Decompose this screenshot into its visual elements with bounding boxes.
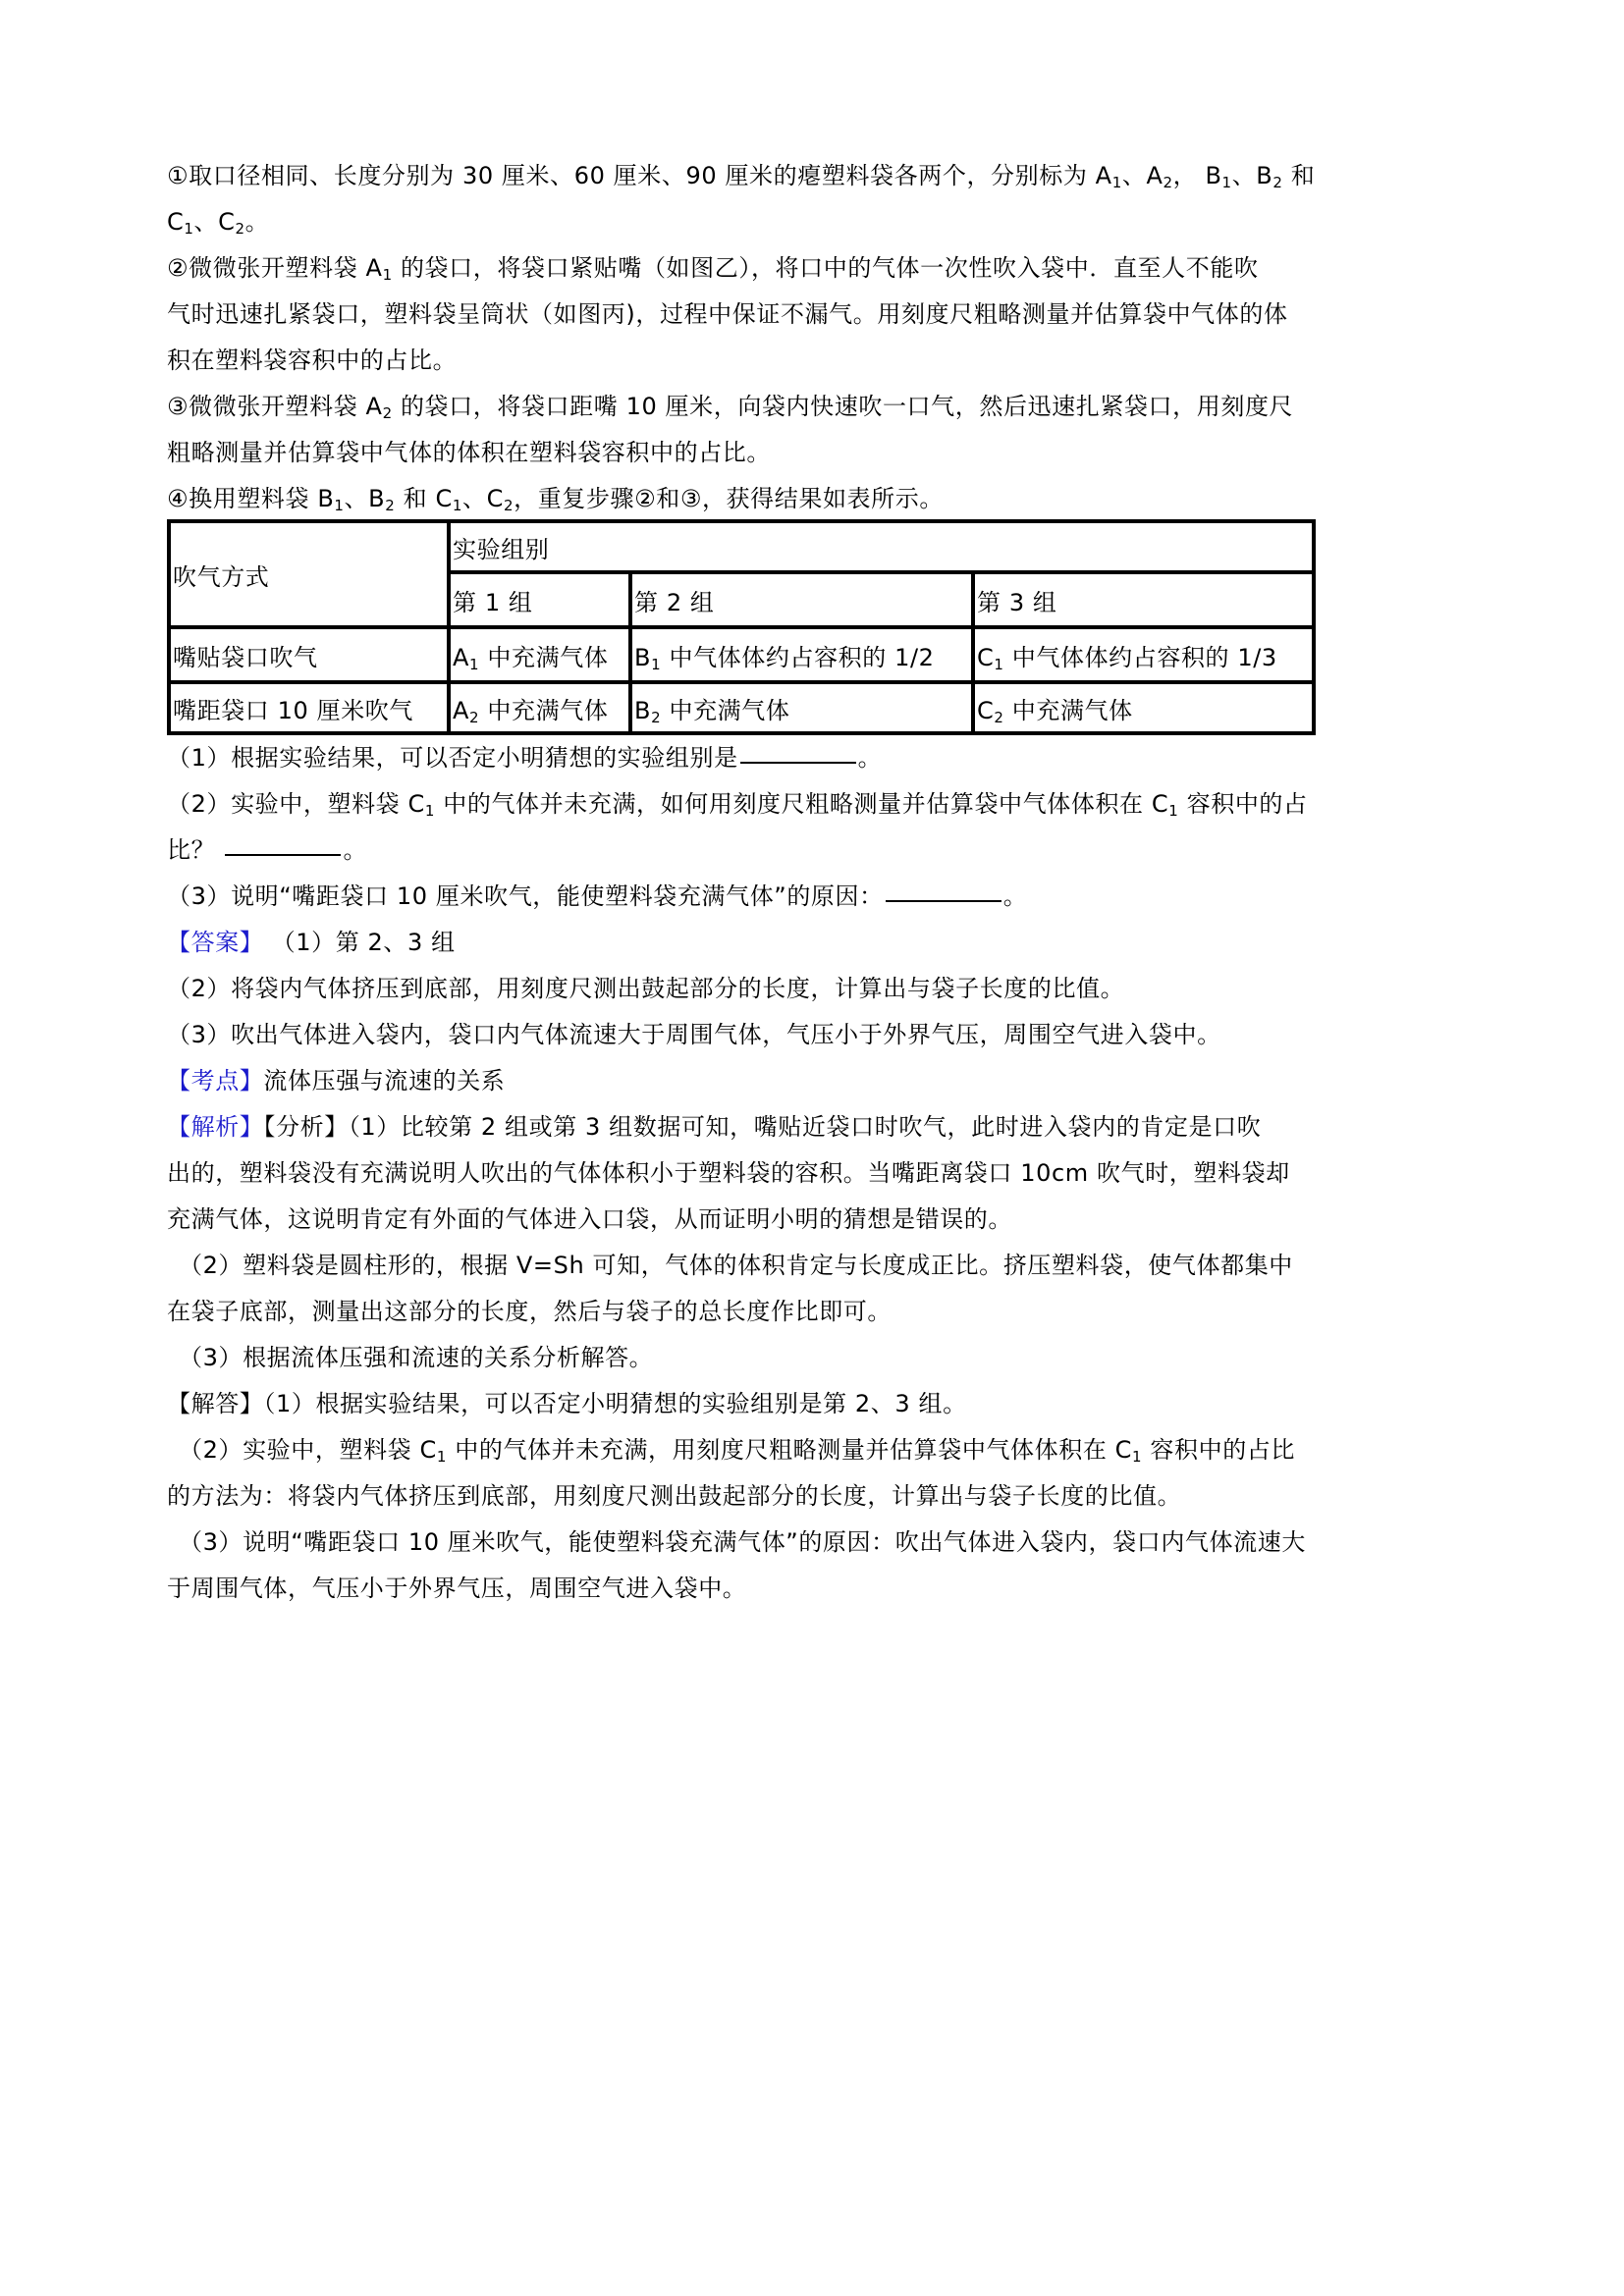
subscript: 1 — [469, 656, 479, 673]
text: （3）说明“嘴距袋口 10 厘米吹气，能使塑料袋充满气体”的原因： — [167, 882, 884, 910]
question-3: （3）说明“嘴距袋口 10 厘米吹气，能使塑料袋充满气体”的原因：。 — [167, 880, 1483, 913]
table-row: 嘴贴袋口吹气 A1 中充满气体 B1 中气体体约占容积的 1/2 C1 中气体体… — [169, 627, 1314, 682]
jiexi-line-2: 出的，塑料袋没有充满说明人吹出的气体体积小于塑料袋的容积。当嘴距离袋口 10cm… — [167, 1156, 1483, 1190]
text: 中的气体并未充满，如何用刻度尺粗略测量并估算袋中气体体积在 C — [435, 790, 1168, 818]
text: 中充满气体 — [661, 697, 789, 724]
question-2-line-1: （2）实验中，塑料袋 C1 中的气体并未充满，如何用刻度尺粗略测量并估算袋中气体… — [167, 787, 1483, 821]
text: C — [977, 644, 994, 671]
text: 中气体体约占容积的 1/3 — [1004, 644, 1277, 671]
subscript: 2 — [504, 497, 514, 514]
answer-blank — [886, 881, 1001, 902]
text: 流体压强与流速的关系 — [263, 1067, 505, 1095]
header-group-3: 第 3 组 — [973, 572, 1314, 627]
text: ，重复步骤②和③，获得结果如表所示。 — [514, 485, 944, 512]
table-cell: B2 中充满气体 — [630, 682, 973, 733]
text: 、C — [462, 485, 504, 512]
text: 比？ — [167, 836, 215, 864]
subscript: 1 — [651, 656, 661, 673]
step-4-line: ④换用塑料袋 B1、B2 和 C1、C2，重复步骤②和③，获得结果如表所示。 — [167, 482, 1483, 515]
subscript: 1 — [453, 497, 462, 514]
jieda-label: 【解答】 — [167, 1390, 263, 1417]
answer-label: 【答案】 — [167, 929, 263, 956]
subscript: 1 — [1168, 802, 1178, 820]
jieda-line-4: （3）说明“嘴距袋口 10 厘米吹气，能使塑料袋充满气体”的原因：吹出气体进入袋… — [167, 1525, 1483, 1559]
jiexi-line-6: （3）根据流体压强和流速的关系分析解答。 — [167, 1341, 1483, 1374]
text: 和 — [1283, 162, 1316, 189]
subscript: 1 — [1112, 174, 1122, 191]
text: （2）实验中，塑料袋 C — [167, 790, 425, 818]
text: 中的气体并未充满，用刻度尺粗略测量并估算袋中气体体积在 C — [447, 1436, 1132, 1464]
header-group-1: 第 1 组 — [449, 572, 630, 627]
text: 。 — [245, 208, 270, 236]
text: ③微微张开塑料袋 A — [167, 393, 383, 420]
subscript: 2 — [385, 497, 395, 514]
text: 容积中的占 — [1178, 790, 1307, 818]
jiexi-line-5: 在袋子底部，测量出这部分的长度，然后与袋子的总长度作比即可。 — [167, 1295, 1483, 1328]
text: A — [453, 697, 469, 724]
text: 的袋口，将袋口距嘴 10 厘米，向袋内快速吹一口气，然后迅速扎紧袋口，用刻度尺 — [393, 393, 1293, 420]
answer-blank — [740, 742, 856, 764]
subscript: 1 — [1132, 1448, 1142, 1466]
text: 。 — [343, 836, 367, 864]
step-3-line-2: 粗略测量并估算袋中气体的体积在塑料袋容积中的占比。 — [167, 436, 1483, 469]
subscript: 1 — [383, 266, 393, 284]
text: 。 — [1003, 882, 1028, 910]
jiexi-line-1: 【解析】【分析】（1）比较第 2 组或第 3 组数据可知，嘴贴近袋口时吹气，此时… — [167, 1110, 1483, 1144]
jieda-line-3: 的方法为：将袋内气体挤压到底部，用刻度尺测出鼓起部分的长度，计算出与袋子长度的比… — [167, 1479, 1483, 1513]
text: 、C — [194, 208, 236, 236]
text: （2）实验中，塑料袋 C — [179, 1436, 437, 1464]
text: ①取口径相同、长度分别为 30 厘米、60 厘米、90 厘米的瘪塑料袋各两个，分… — [167, 162, 1112, 189]
text: B — [634, 697, 651, 724]
subscript: 2 — [469, 709, 479, 726]
row-method: 嘴距袋口 10 厘米吹气 — [169, 682, 449, 733]
step-1-line-1: ①取口径相同、长度分别为 30 厘米、60 厘米、90 厘米的瘪塑料袋各两个，分… — [167, 159, 1483, 192]
text: （1）比较第 2 组或第 3 组数据可知，嘴贴近袋口时吹气，此时进入袋内的肯定是… — [349, 1113, 1262, 1141]
text: 中充满气体 — [479, 697, 608, 724]
text: C — [167, 208, 184, 236]
subscript: 1 — [437, 1448, 447, 1466]
answer-line-2: （2）将袋内气体挤压到底部，用刻度尺测出鼓起部分的长度，计算出与袋子长度的比值。 — [167, 972, 1483, 1005]
text: C — [977, 697, 994, 724]
results-table: 吹气方式 实验组别 第 1 组 第 2 组 第 3 组 嘴贴袋口吹气 A1 中充… — [167, 519, 1316, 735]
jieda-line-2: （2）实验中，塑料袋 C1 中的气体并未充满，用刻度尺粗略测量并估算袋中气体体积… — [167, 1433, 1483, 1467]
subscript: 1 — [425, 802, 435, 820]
jieda-line-1: 【解答】（1）根据实验结果，可以否定小明猜想的实验组别是第 2、3 组。 — [167, 1387, 1483, 1420]
document-page: ①取口径相同、长度分别为 30 厘米、60 厘米、90 厘米的瘪塑料袋各两个，分… — [167, 159, 1483, 1605]
table-cell: C2 中充满气体 — [973, 682, 1314, 733]
text: 的袋口，将袋口紧贴嘴（如图乙），将口中的气体一次性吹入袋中．直至人不能吹 — [393, 254, 1259, 282]
subscript: 1 — [334, 497, 344, 514]
subscript: 1 — [184, 220, 193, 238]
jiexi-line-3: 充满气体，这说明肯定有外面的气体进入口袋，从而证明小明的猜想是错误的。 — [167, 1202, 1483, 1236]
header-group: 实验组别 — [449, 521, 1314, 572]
table-cell: C1 中气体体约占容积的 1/3 — [973, 627, 1314, 682]
jiexi-line-4: （2）塑料袋是圆柱形的，根据 V=Sh 可知，气体的体积肯定与长度成正比。挤压塑… — [167, 1249, 1483, 1282]
question-2-line-2: 比？ 。 — [167, 833, 1483, 867]
header-group-2: 第 2 组 — [630, 572, 973, 627]
subscript: 2 — [651, 709, 661, 726]
subscript: 1 — [994, 656, 1003, 673]
text: 中充满气体 — [479, 644, 608, 671]
step-2-line-1: ②微微张开塑料袋 A1 的袋口，将袋口紧贴嘴（如图乙），将口中的气体一次性吹入袋… — [167, 251, 1483, 285]
text: （1）根据实验结果，可以否定小明猜想的实验组别是第 2、3 组。 — [263, 1390, 966, 1417]
text: 中气体体约占容积的 1/2 — [661, 644, 934, 671]
step-1-line-2: C1、C2。 — [167, 205, 1483, 239]
text: ④换用塑料袋 B — [167, 485, 334, 512]
subscript: 2 — [1272, 174, 1282, 191]
subscript: 1 — [1222, 174, 1232, 191]
kaodian-line: 【考点】流体压强与流速的关系 — [167, 1064, 1483, 1097]
row-method: 嘴贴袋口吹气 — [169, 627, 449, 682]
text: 容积中的占比 — [1142, 1436, 1295, 1464]
text: A — [453, 644, 469, 671]
table-cell: A2 中充满气体 — [449, 682, 630, 733]
question-1: （1）根据实验结果，可以否定小明猜想的实验组别是。 — [167, 741, 1483, 774]
text: 、B — [1232, 162, 1273, 189]
header-method: 吹气方式 — [169, 521, 449, 627]
text: B — [634, 644, 651, 671]
text: ， B — [1173, 162, 1222, 189]
step-2-line-3: 积在塑料袋容积中的占比。 — [167, 344, 1483, 377]
text: （1）第 2、3 组 — [263, 929, 455, 956]
text: 、B — [345, 485, 386, 512]
table-cell: A1 中充满气体 — [449, 627, 630, 682]
step-3-line-1: ③微微张开塑料袋 A2 的袋口，将袋口距嘴 10 厘米，向袋内快速吹一口气，然后… — [167, 390, 1483, 423]
subscript: 2 — [383, 404, 393, 422]
answer-line-1: 【答案】 （1）第 2、3 组 — [167, 926, 1483, 959]
jieda-line-5: 于周围气体，气压小于外界气压，周围空气进入袋中。 — [167, 1572, 1483, 1605]
jiexi-label: 【解析】 — [167, 1113, 263, 1141]
table-cell: B1 中气体体约占容积的 1/2 — [630, 627, 973, 682]
answer-blank — [225, 834, 341, 856]
text: ②微微张开塑料袋 A — [167, 254, 383, 282]
kaodian-label: 【考点】 — [167, 1067, 263, 1095]
text: 和 C — [395, 485, 452, 512]
text: 中充满气体 — [1004, 697, 1133, 724]
subscript: 2 — [235, 220, 244, 238]
text: （1）根据实验结果，可以否定小明猜想的实验组别是 — [167, 744, 738, 772]
subscript: 2 — [1163, 174, 1172, 191]
text: 、A — [1122, 162, 1164, 189]
subscript: 2 — [994, 709, 1003, 726]
step-2-line-2: 气时迅速扎紧袋口，塑料袋呈筒状（如图丙)，过程中保证不漏气。用刻度尺粗略测量并估… — [167, 297, 1483, 331]
fenxi-label: 【分析】 — [263, 1113, 348, 1141]
table-row: 嘴距袋口 10 厘米吹气 A2 中充满气体 B2 中充满气体 C2 中充满气体 — [169, 682, 1314, 733]
text: 。 — [858, 744, 883, 772]
answer-line-3: （3）吹出气体进入袋内，袋口内气体流速大于周围气体，气压小于外界气压，周围空气进… — [167, 1018, 1483, 1051]
